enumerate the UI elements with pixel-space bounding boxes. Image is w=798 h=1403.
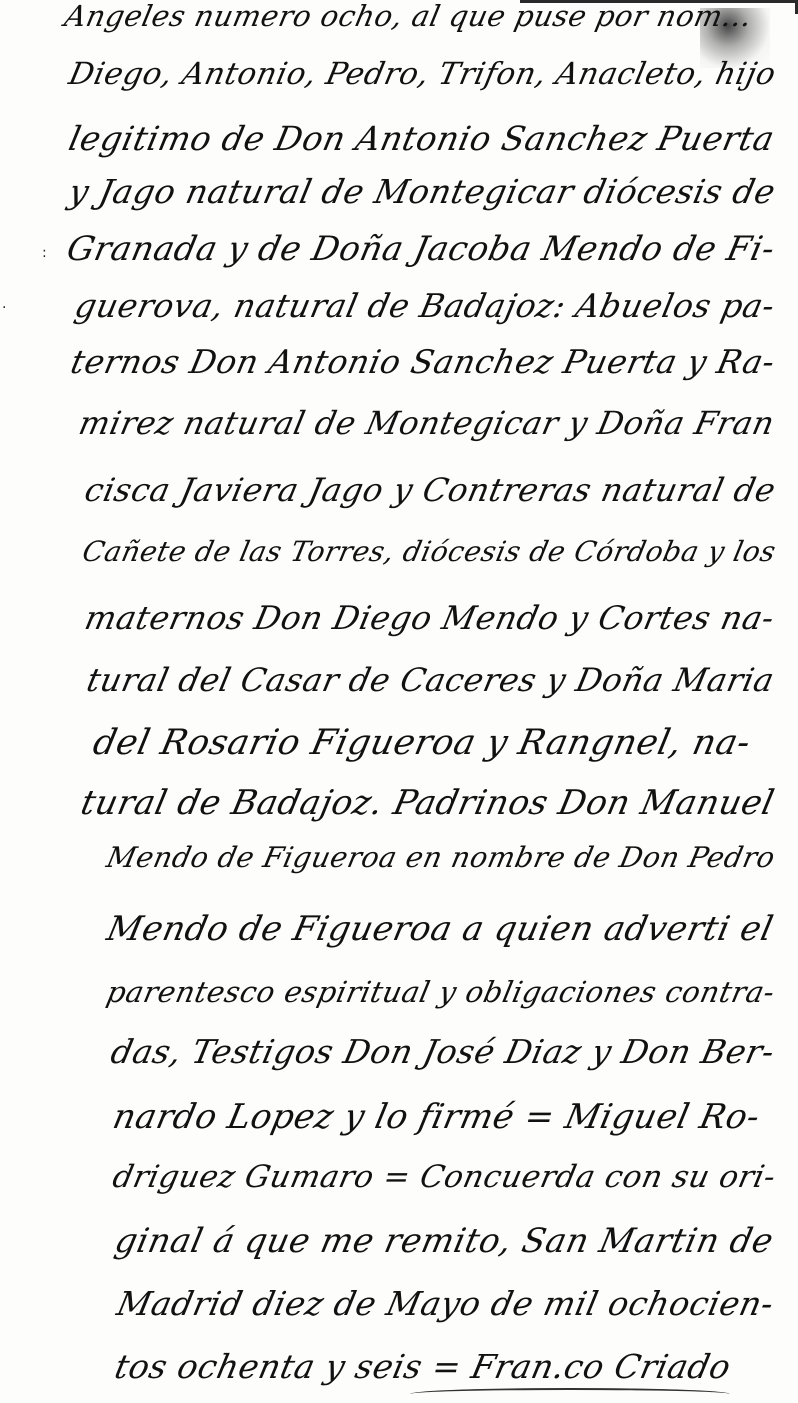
text-line-2: Diego, Antonio, Pedro, Trifon, Anacleto,… [66, 60, 778, 91]
text-line-4: y Jago natural de Montegicar diócesis de [66, 175, 779, 208]
text-line-20: driguez Gumaro = Concuerda con su ori- [110, 1162, 778, 1193]
text-line-17: parentesco espiritual y obligaciones con… [104, 978, 777, 1007]
text-line-22: Madrid diez de Mayo de mil ochocien- [114, 1288, 777, 1321]
text-line-21: ginal á que me remito, San Martin de [112, 1224, 776, 1258]
text-line-12: tural del Casar de Caceres y Doña Maria [84, 664, 777, 696]
text-line-10: Cañete de las Torres, diócesis de Córdob… [80, 538, 778, 566]
text-line-15: Mendo de Figueroa en nombre de Don Pedro [104, 844, 778, 872]
text-line-9: cisca Javiera Jago y Contreras natural d… [82, 474, 779, 506]
text-line-16: Mendo de Figueroa a quien adverti el [104, 912, 776, 946]
text-line-1: Angeles numero ocho, al que puse por nom… [62, 2, 755, 31]
text-line-5: Granada y de Doña Jacoba Mendo de Fi- [64, 232, 778, 266]
text-line-8: mirez natural de Montegicar y Doña Fran [76, 408, 777, 440]
text-line-19: nardo Lopez y lo firmé = Miguel Ro- [110, 1100, 763, 1134]
manuscript-page: : . Angeles numero ocho, al que puse por… [0, 0, 798, 1403]
text-line-11: maternos Don Diego Mendo y Cortes na- [82, 602, 777, 634]
signature-underline [410, 1388, 730, 1400]
text-line-23: tos ochenta y seis = Fran.co Criado [112, 1350, 734, 1383]
margin-mark: . [2, 296, 6, 312]
margin-mark: : [42, 245, 47, 261]
text-line-14: tural de Badajoz. Padrinos Don Manuel [78, 786, 777, 820]
text-line-3: legitimo de Don Antonio Sanchez Puerta [66, 122, 777, 155]
text-line-6: guerova, natural de Badajoz: Abuelos pa- [72, 290, 778, 323]
text-line-7: ternos Don Antonio Sanchez Puerta y Ra- [68, 346, 778, 379]
text-line-18: das, Testigos Don José Diaz y Don Ber- [108, 1036, 777, 1069]
text-line-13: del Rosario Figueroa y Rangnel, na- [90, 726, 753, 761]
